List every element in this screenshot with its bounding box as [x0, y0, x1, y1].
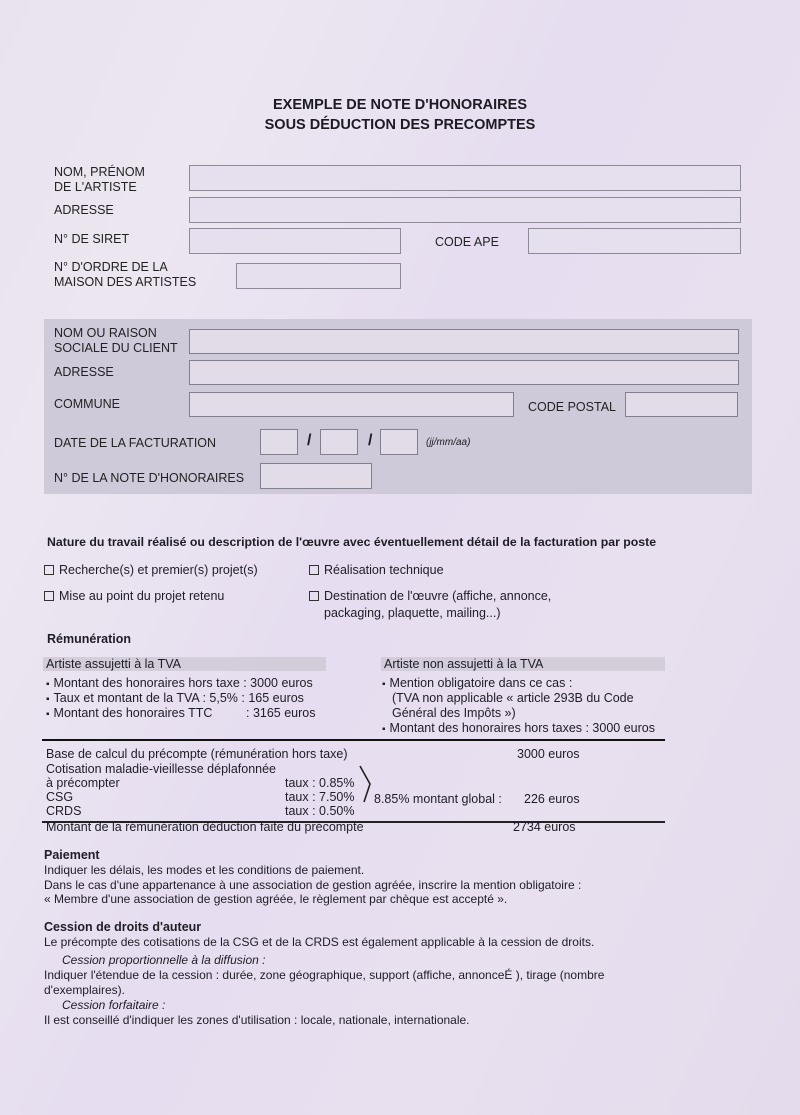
client-name-label-line2: SOCIALE DU CLIENT: [54, 341, 178, 356]
global-label: 8.85% montant global :: [374, 792, 502, 807]
no-vat-mention: Mention obligatoire dans ce cas :: [382, 676, 572, 692]
no-vat-title: Artiste non assujetti à la TVA: [384, 657, 543, 672]
artist-name-label: NOM, PRÉNOM DE L'ARTISTE: [54, 165, 145, 195]
cotisation-label-2: à précompter: [46, 776, 120, 791]
client-name-field[interactable]: [189, 329, 739, 354]
base-value: 3000 euros: [517, 747, 580, 762]
artist-name-field[interactable]: [189, 165, 741, 191]
order-number-label-line2: MAISON DES ARTISTES: [54, 275, 196, 290]
checkbox-research[interactable]: [44, 565, 54, 575]
order-number-label-line1: N° D'ORDRE DE LA: [54, 260, 196, 275]
crds-rate: taux : 0.50%: [285, 804, 355, 819]
no-vat-amount: Montant des honoraires hors taxes : 3000…: [382, 721, 655, 737]
checkbox-destination[interactable]: [309, 591, 319, 601]
net-value: 2734 euros: [513, 820, 576, 835]
client-section: NOM OU RAISON SOCIALE DU CLIENT ADRESSE …: [44, 319, 752, 494]
flat-text: Il est conseillé d'indiquer les zones d'…: [44, 1013, 470, 1028]
siret-label: N° DE SIRET: [54, 232, 129, 247]
vat-item-ht: Montant des honoraires hors taxe : 3000 …: [46, 676, 313, 692]
commune-label: COMMUNE: [54, 397, 120, 412]
flat-title: Cession forfaitaire :: [62, 998, 165, 1013]
option-fine-tuning-label: Mise au point du projet retenu: [59, 589, 224, 603]
artist-address-field[interactable]: [189, 197, 741, 223]
vat-title: Artiste assujetti à la TVA: [46, 657, 181, 672]
client-address-label: ADRESSE: [54, 365, 114, 380]
option-research[interactable]: Recherche(s) et premier(s) projet(s): [44, 563, 258, 578]
option-destination-label-line2: packaging, plaquette, mailing...): [324, 606, 551, 621]
date-separator-2: /: [368, 432, 372, 450]
checkbox-technical[interactable]: [309, 565, 319, 575]
date-month-field[interactable]: [320, 429, 358, 455]
copyright-heading: Cession de droits d'auteur: [44, 920, 201, 935]
checkbox-fine-tuning[interactable]: [44, 591, 54, 601]
payment-heading: Paiement: [44, 848, 100, 863]
remuneration-heading: Rémunération: [47, 632, 131, 647]
payment-line-2: Dans le cas d'une appartenance à une ass…: [44, 878, 581, 893]
cotisation-rate: taux : 0.85%: [285, 776, 355, 791]
date-format-hint: (jj/mm/aa): [426, 437, 470, 448]
date-day-field[interactable]: [260, 429, 298, 455]
client-name-label-line1: NOM OU RAISON: [54, 326, 178, 341]
cotisation-label-1: Cotisation maladie-vieillesse déplafonné…: [46, 762, 276, 777]
proportional-title: Cession proportionnelle à la diffusion :: [62, 953, 265, 968]
artist-address-label: ADRESSE: [54, 203, 114, 218]
global-value: 226 euros: [524, 792, 580, 807]
commune-field[interactable]: [189, 392, 514, 417]
payment-line-3: « Membre d'une association de gestion ag…: [44, 892, 507, 907]
proportional-text-1: Indiquer l'étendue de la cession : durée…: [44, 968, 604, 983]
note-number-field[interactable]: [260, 463, 372, 489]
bracket-icon: [358, 764, 374, 804]
vat-item-ttc: Montant des honoraires TTC: [46, 706, 212, 722]
order-number-field[interactable]: [236, 263, 401, 289]
option-technical[interactable]: Réalisation technique: [309, 563, 444, 578]
option-technical-label: Réalisation technique: [324, 563, 444, 577]
artist-name-label-line2: DE L'ARTISTE: [54, 180, 145, 195]
option-fine-tuning[interactable]: Mise au point du projet retenu: [44, 589, 224, 604]
siret-field[interactable]: [189, 228, 401, 254]
net-label: Montant de la rémunération déduction fai…: [46, 820, 364, 835]
document-title-line1: EXEMPLE DE NOTE D'HONORAIRES: [0, 96, 800, 115]
crds-label: CRDS: [46, 804, 81, 819]
no-vat-mention-line2: (TVA non applicable « article 293B du Co…: [392, 691, 634, 706]
date-year-field[interactable]: [380, 429, 418, 455]
option-research-label: Recherche(s) et premier(s) projet(s): [59, 563, 258, 577]
vat-ttc-value: : 3165 euros: [246, 706, 316, 721]
divider-top: [42, 739, 665, 741]
billing-date-label: DATE DE LA FACTURATION: [54, 436, 216, 451]
order-number-label: N° D'ORDRE DE LA MAISON DES ARTISTES: [54, 260, 196, 290]
ape-field[interactable]: [528, 228, 741, 254]
payment-line-1: Indiquer les délais, les modes et les co…: [44, 863, 364, 878]
ape-label: CODE APE: [435, 235, 499, 250]
postal-code-field[interactable]: [625, 392, 738, 417]
artist-name-label-line1: NOM, PRÉNOM: [54, 165, 145, 180]
copyright-intro: Le précompte des cotisations de la CSG e…: [44, 935, 594, 950]
base-label: Base de calcul du précompte (rémunératio…: [46, 747, 348, 762]
option-destination-label: Destination de l'œuvre (affiche, annonce…: [324, 589, 551, 603]
proportional-text-2: d'exemplaires).: [44, 983, 125, 998]
document-title-line2: SOUS DÉDUCTION DES PRECOMPTES: [0, 116, 800, 135]
csg-rate: taux : 7.50%: [285, 790, 355, 805]
client-name-label: NOM OU RAISON SOCIALE DU CLIENT: [54, 326, 178, 356]
csg-label: CSG: [46, 790, 73, 805]
client-address-field[interactable]: [189, 360, 739, 385]
no-vat-mention-line3: Général des Impôts »): [392, 706, 516, 721]
date-separator-1: /: [307, 432, 311, 450]
work-nature-heading: Nature du travail réalisé ou description…: [47, 535, 656, 550]
option-destination[interactable]: Destination de l'œuvre (affiche, annonce…: [309, 589, 551, 621]
vat-item-rate: Taux et montant de la TVA : 5,5% : 165 e…: [46, 691, 304, 707]
postal-code-label: CODE POSTAL: [528, 400, 616, 415]
note-number-label: N° DE LA NOTE D'HONORAIRES: [54, 471, 244, 486]
